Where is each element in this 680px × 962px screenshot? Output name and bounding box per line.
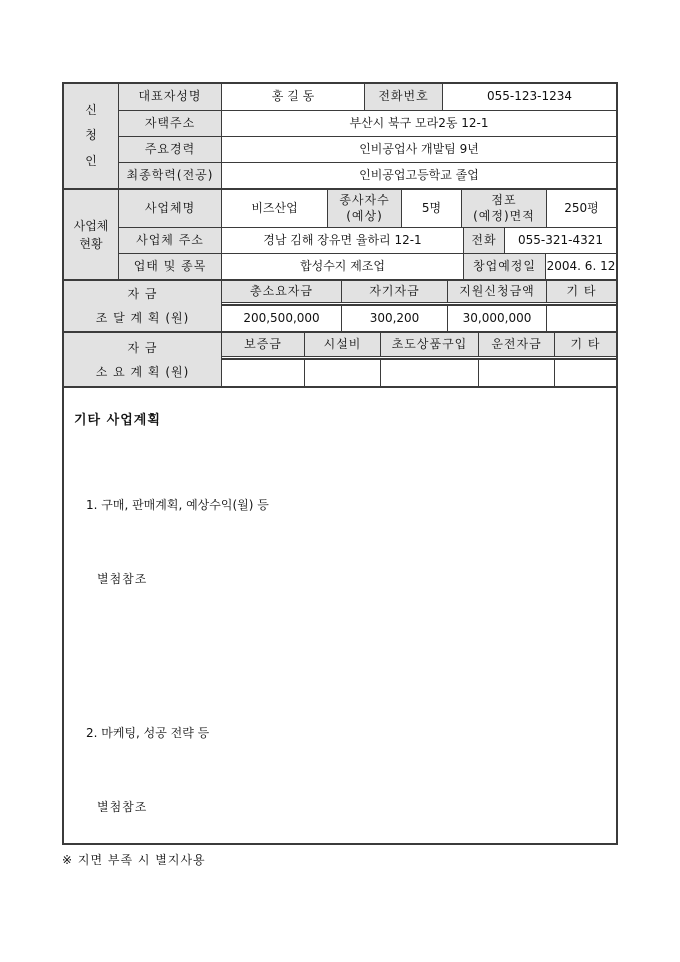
career-label: 주요경력 (119, 137, 222, 162)
spending-value-facility (305, 360, 381, 386)
spending-col-deposit: 보증금 (222, 333, 305, 356)
applicant-rows: 대표자성명 홍 길 동 전화번호 055-123-1234 자택주소 부산시 북… (119, 84, 616, 188)
spending-plan-value-row (222, 359, 616, 386)
table-row: 업태 및 종목 합성수지 제조업 창업예정일 2004. 6. 12 (119, 253, 616, 279)
store-area-value: 250평 (547, 190, 616, 227)
spending-value-working-capital (479, 360, 555, 386)
table-row: 자택주소 부산시 북구 모라2동 12-1 (119, 110, 616, 136)
business-phone-value: 055-321-4321 (505, 228, 616, 253)
spending-value-initial-goods (381, 360, 479, 386)
footnote: ※ 지면 부족 시 별지사용 (62, 851, 206, 868)
startup-date-value: 2004. 6. 12 (546, 254, 616, 279)
store-area-label: 점포 (예정)면적 (462, 190, 547, 227)
applicant-group-label: 신 청 인 (64, 84, 119, 188)
funding-plan-value-row: 200,500,000 300,200 30,000,000 (222, 305, 616, 331)
application-form-page: 신 청 인 대표자성명 홍 길 동 전화번호 055-123-1234 자택주소… (0, 0, 680, 962)
funding-col-other: 기 타 (547, 281, 616, 302)
applicant-section: 신 청 인 대표자성명 홍 길 동 전화번호 055-123-1234 자택주소… (64, 84, 616, 190)
table-row: 최종학력(전공) 인비공업고등학교 졸업 (119, 162, 616, 188)
home-address-label: 자택주소 (119, 111, 222, 136)
spending-plan-header-row: 보증금 시설비 초도상품구입 운전자금 기 타 (222, 333, 616, 359)
funding-value-requested: 30,000,000 (448, 306, 547, 331)
home-address-value: 부산시 북구 모라2동 12-1 (222, 111, 616, 136)
funding-col-total: 총소요자금 (222, 281, 342, 302)
table-row: 대표자성명 홍 길 동 전화번호 055-123-1234 (119, 84, 616, 110)
spending-plan-group-label: 자 금 소 요 계 획 (원) (64, 333, 222, 386)
spending-col-initial-goods: 초도상품구입 (381, 333, 479, 356)
table-row: 사업체명 비즈산업 종사자수 (예상) 5명 점포 (예정)면적 250평 (119, 190, 616, 227)
applicant-phone-label: 전화번호 (365, 84, 443, 110)
business-rows: 사업체명 비즈산업 종사자수 (예상) 5명 점포 (예정)면적 250평 사업… (119, 190, 616, 279)
spending-value-deposit (222, 360, 305, 386)
education-label: 최종학력(전공) (119, 163, 222, 188)
funding-value-own-capital: 300,200 (342, 306, 448, 331)
funding-col-requested: 지원신청금액 (448, 281, 547, 302)
business-type-value: 합성수지 제조업 (222, 254, 464, 279)
business-address-value: 경남 김해 장유면 율하리 12-1 (222, 228, 464, 253)
business-section: 사업체 현황 사업체명 비즈산업 종사자수 (예상) 5명 점포 (예정)면적 … (64, 190, 616, 281)
startup-date-label: 창업예정일 (464, 254, 546, 279)
business-name-label: 사업체명 (119, 190, 222, 227)
business-address-label: 사업체 주소 (119, 228, 222, 253)
business-type-label: 업태 및 종목 (119, 254, 222, 279)
plan-item-2-note: 별첨참조 (97, 798, 147, 815)
spending-plan-rows: 보증금 시설비 초도상품구입 운전자금 기 타 (222, 333, 616, 386)
application-form-table: 신 청 인 대표자성명 홍 길 동 전화번호 055-123-1234 자택주소… (62, 82, 618, 845)
applicant-phone-value: 055-123-1234 (443, 84, 616, 110)
rep-name-value: 홍 길 동 (222, 84, 365, 110)
business-phone-label: 전화 (464, 228, 505, 253)
spending-col-working-capital: 운전자금 (479, 333, 555, 356)
plan-item-1: 1. 구매, 판매계획, 예상수익(월) 등 (86, 496, 269, 513)
career-value: 인비공업사 개발팀 9년 (222, 137, 616, 162)
funding-plan-rows: 총소요자금 자기자금 지원신청금액 기 타 200,500,000 300,20… (222, 281, 616, 331)
table-row: 주요경력 인비공업사 개발팀 9년 (119, 136, 616, 162)
other-plan-box: 기타 사업계획 1. 구매, 판매계획, 예상수익(월) 등 별첨참조 2. 마… (64, 388, 616, 843)
spending-col-facility: 시설비 (305, 333, 381, 356)
funding-plan-group-label: 자 금 조 달 계 획 (원) (64, 281, 222, 331)
other-plan-title: 기타 사업계획 (74, 409, 161, 428)
funding-value-total: 200,500,000 (222, 306, 342, 331)
business-name-value: 비즈산업 (222, 190, 328, 227)
spending-plan-section: 자 금 소 요 계 획 (원) 보증금 시설비 초도상품구입 운전자금 기 타 (64, 333, 616, 388)
employees-label: 종사자수 (예상) (328, 190, 402, 227)
table-row: 사업체 주소 경남 김해 장유면 율하리 12-1 전화 055-321-432… (119, 227, 616, 253)
funding-col-own-capital: 자기자금 (342, 281, 448, 302)
education-value: 인비공업고등학교 졸업 (222, 163, 616, 188)
business-group-label: 사업체 현황 (64, 190, 119, 279)
funding-plan-header-row: 총소요자금 자기자금 지원신청금액 기 타 (222, 281, 616, 305)
spending-value-other (555, 360, 616, 386)
funding-plan-section: 자 금 조 달 계 획 (원) 총소요자금 자기자금 지원신청금액 기 타 20… (64, 281, 616, 333)
spending-col-other: 기 타 (555, 333, 616, 356)
plan-item-1-note: 별첨참조 (97, 570, 147, 587)
funding-value-other (547, 306, 616, 331)
employees-value: 5명 (402, 190, 462, 227)
rep-name-label: 대표자성명 (119, 84, 222, 110)
plan-item-2: 2. 마케팅, 성공 전략 등 (86, 724, 209, 741)
